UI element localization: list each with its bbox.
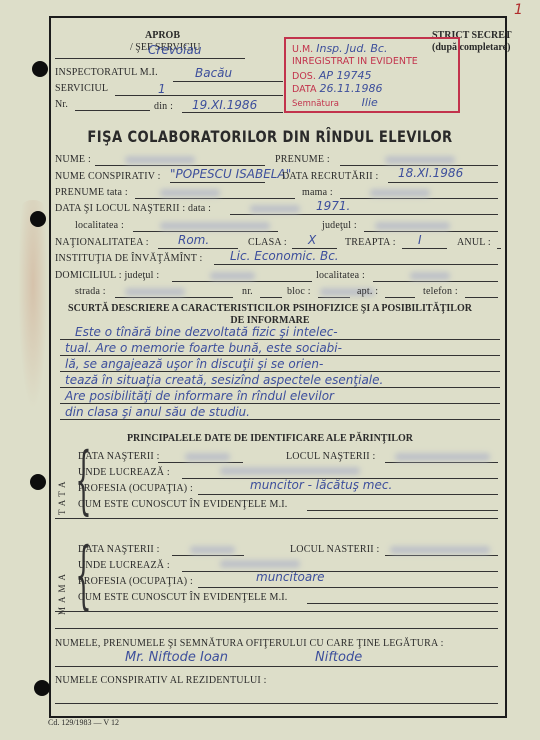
field-line [230,214,498,215]
din-value: 19.XI.1986 [192,98,257,112]
redacted-mama-workplace [220,560,300,568]
nume-conspirativ-label: NUME CONSPIRATIV : [55,171,161,182]
redacted-prenume-mama [370,189,430,197]
field-line [340,198,498,199]
punch-hole [30,211,46,227]
redacted-nume [125,156,195,164]
nr-label: nr. [242,286,253,297]
redacted-dom-localitatea [410,272,450,280]
redacted-dom-judet [210,272,255,280]
divider [55,628,498,629]
field-line [385,462,498,463]
prenume-tata-label: PRENUME tata : [55,187,128,198]
data-nasterii-label: DATA ŞI LOCUL NAŞTERII : data : [55,203,211,214]
ruled-line [60,419,500,420]
field-line [364,231,498,232]
field-line [172,555,244,556]
ruled-line [60,387,500,388]
mama-locul-nasterii-label: LOCUL NASTERII : [290,544,380,555]
stamp-dos-value: AP 19745 [319,69,372,82]
field-line [158,462,243,463]
field-line [133,231,278,232]
mama-cum-label: CUM ESTE CUNOSCUT ÎN EVIDENŢELE M.I. [78,592,288,603]
field-line [95,165,265,166]
mama-side-label: MAMA [57,555,67,615]
redacted-tata-birth-date [185,453,230,461]
tata-side-label: TATA [57,455,67,515]
redacted-tata-workplace [220,467,360,475]
field-line [115,297,233,298]
redacted-birth-day [250,205,300,213]
field-line [385,555,498,556]
tata-profesia-label: PROFESIA (OCUPAŢIA) : [78,483,193,494]
mama-unde-lucreaza-label: UNDE LUCREAZĂ : [78,560,170,571]
redacted-judetul [375,222,450,230]
treapta-label: TREAPTA : [345,237,396,248]
tata-unde-lucreaza-label: UNDE LUCREAZĂ : [78,467,170,478]
dom-localitatea-label: localitatea : [316,270,365,281]
redacted-prenume [385,156,455,164]
localitatea-label: localitatea : [75,220,124,231]
approve-label: APROB [145,30,180,41]
field-line [172,281,312,282]
stamp-signature-label: Semnătura [292,99,339,109]
nr-label: Nr. [55,99,68,110]
page-number: 1 [514,2,523,18]
divider [55,58,245,59]
nume-label: NUME : [55,154,91,165]
redacted-mama-birth-place [390,546,490,554]
ruled-line [60,403,500,404]
field-line [214,264,498,265]
ruled-line [60,339,500,340]
description-title: SCURTĂ DESCRIERE A CARACTERISTICILOR PSI… [0,303,540,314]
resident-label: NUMELE CONSPIRATIV AL REZIDENTULUI : [55,675,267,686]
strada-label: strada : [75,286,106,297]
stamp-data-label: DATA [292,84,316,95]
institutia-value: Lic. Economic. Bc. [230,249,339,263]
redacted-strada [125,288,185,296]
description-line: tează în situaţia creată, sesizînd aspec… [65,373,383,387]
field-line [135,198,295,199]
description-line: Este o tînără bine dezvoltată fizic şi i… [75,325,338,339]
stamp-um-value: Insp. Jud. Bc. [316,42,387,55]
telefon-label: telefon : [423,286,458,297]
redacted-localitatea [160,222,270,230]
service-label: SERVICIUL [55,83,108,94]
anul-label: ANUL : [457,237,491,248]
nume-conspirativ-value: "POPESCU ISABELA" [170,167,291,181]
data-recrutarii-value: 18.XI.1986 [398,166,463,180]
judetul-label: judeţul : [322,220,357,231]
redacted-mama-birth-date [190,546,235,554]
field-line [373,281,498,282]
ruled-line [60,371,500,372]
punch-hole [34,680,50,696]
field-line [75,110,150,111]
nationalitatea-label: NAŢIONALITATEA : [55,237,149,248]
tata-cum-label: CUM ESTE CUNOSCUT ÎN EVIDENŢELE M.I. [78,499,288,510]
field-line [402,248,447,249]
inspectorate-label: INSPECTORATUL M.I. [55,67,158,78]
divider [55,518,498,519]
tata-data-nasterii-label: DATA NAŞTERII : [78,451,160,462]
mama-data-nasterii-label: DATA NAŞTERII : [78,544,160,555]
field-line [158,248,238,249]
description-line: din clasa şi anul său de studiu. [65,405,250,419]
data-nasterii-value: 1971. [316,199,350,213]
data-recrutarii-label: DATA RECRUTĂRII : [282,171,379,182]
description-line: tual. Are o memorie foarte bună, este so… [65,341,342,355]
stamp-signature-value: Ilie [362,96,378,109]
scanned-document: 1 APROB / ŞEF SERVICIU Crevoiau INSPECTO… [0,0,540,740]
inspectorate-value: Bacău [195,66,232,80]
field-line [388,182,498,183]
description-line: Are posibilităţi de informare în rîndul … [65,389,334,403]
field-line [260,297,282,298]
field-line [182,571,498,572]
mama-label: mama : [302,187,333,198]
redacted-prenume-tata [160,189,220,197]
form-title: FIŞA COLABORATORILOR DIN RÎNDUL ELEVILOR [49,127,492,146]
clasa-label: CLASA : [248,237,287,248]
ruled-line [60,355,500,356]
field-line [55,666,498,667]
field-line [55,703,498,704]
tata-profesia-value: muncitor - lăcătuş mec. [250,478,392,492]
nationalitatea-value: Rom. [178,233,209,247]
apt-label: apt. : [357,286,378,297]
punch-hole [30,474,46,490]
mama-profesia-label: PROFESIA (OCUPAŢIA) : [78,576,193,587]
description-line: lă, se angajează uşor în discuţii şi se … [65,357,323,371]
field-line [385,297,415,298]
officer-signature: Niftode [315,650,362,665]
field-line [115,95,283,96]
punch-hole [32,61,48,77]
officer-label: NUMELE, PRENUMELE ŞI SEMNĂTURA OFIŢERULU… [55,638,444,649]
treapta-value: I [418,233,422,247]
redacted-tata-birth-place [395,453,490,461]
field-line [182,112,283,113]
mama-profesia-value: muncitoare [256,570,325,584]
bloc-label: bloc : [287,286,311,297]
field-line [497,248,501,249]
service-value: 1 [158,82,166,96]
form-code: Cd. 129/1983 — V 12 [48,718,119,727]
tata-locul-nasterii-label: LOCUL NAŞTERII : [286,451,376,462]
divider [55,611,498,612]
field-line [173,81,283,82]
prenume-label: PRENUME : [275,154,330,165]
field-line [307,603,498,604]
stamp-um-label: U.M. [292,44,313,55]
din-label: din : [154,101,173,112]
field-line [170,182,265,183]
domiciliul-label: DOMICILIUL : judeţul : [55,270,159,281]
clasa-value: X [308,233,316,247]
field-line [307,510,498,511]
field-line [465,297,498,298]
field-line [318,297,350,298]
registration-stamp: U.M. Insp. Jud. Bc. INREGISTRAT IN EVIDE… [284,37,460,113]
stamp-registered-label: INREGISTRAT IN EVIDENTE [292,56,418,67]
chief-signature: Crevoiau [148,43,201,57]
field-line [198,494,498,495]
stamp-data-value: 26.11.1986 [320,82,383,95]
institutia-label: INSTITUŢIA DE ÎNVĂŢĂMÎNT : [55,253,203,264]
field-line [198,587,498,588]
stamp-dos-label: DOS. [292,71,316,82]
officer-name: Mr. Niftode Ioan [125,650,228,665]
